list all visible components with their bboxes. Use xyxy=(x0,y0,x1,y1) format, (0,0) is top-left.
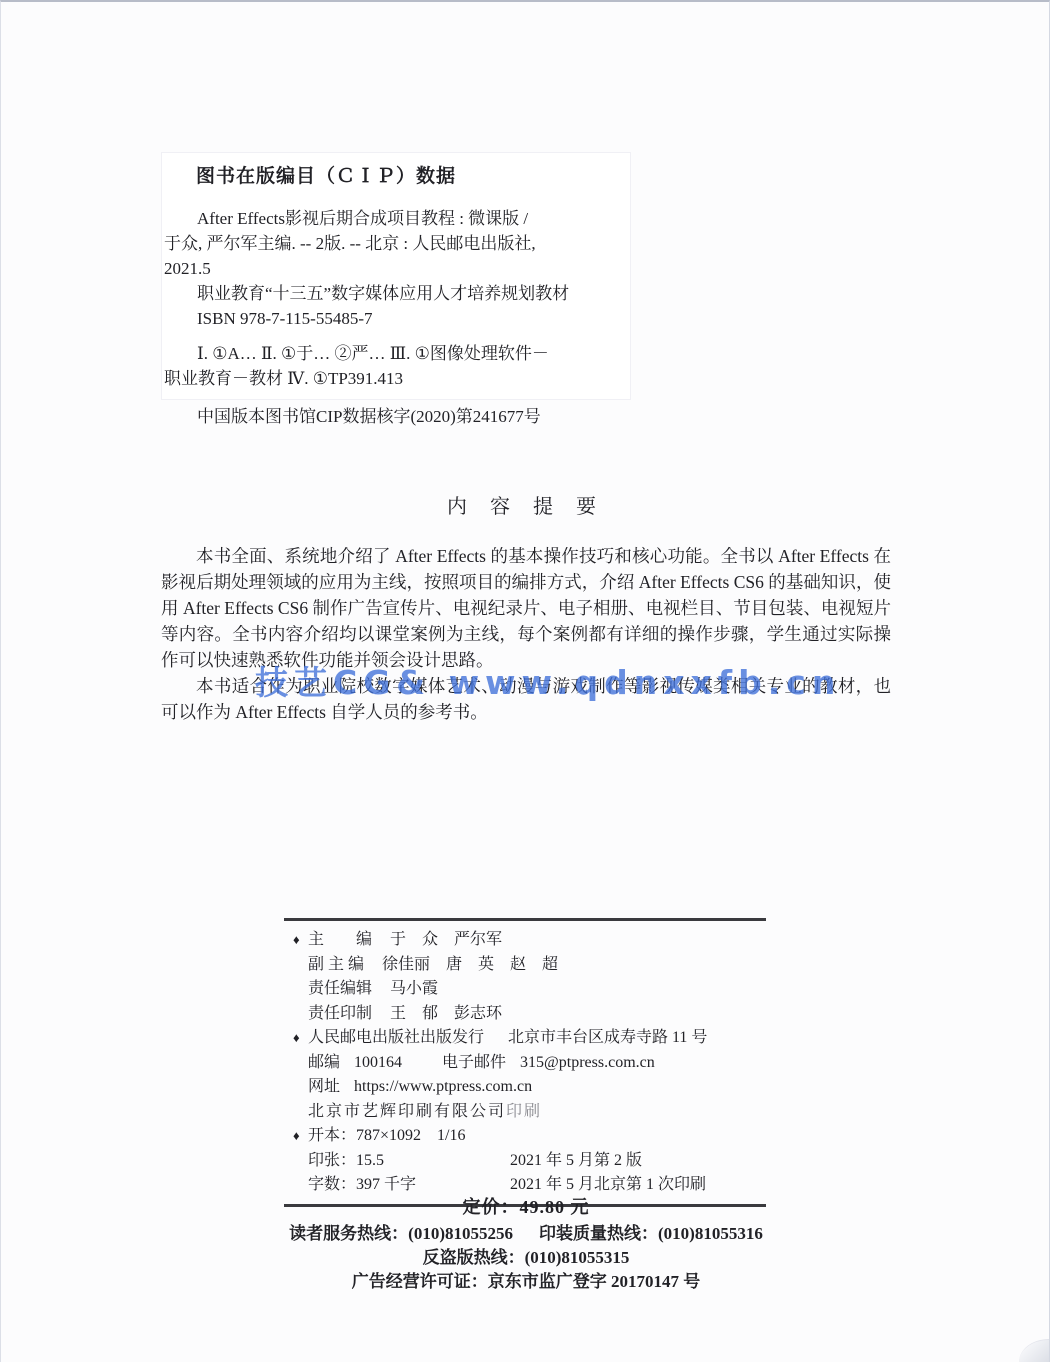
page-curl-artifact xyxy=(1019,1339,1049,1362)
staff-label: 责任编辑 xyxy=(308,977,372,1002)
cip-heading: 图书在版编目（ＣＩＰ）数据 xyxy=(196,161,620,188)
summary-paragraph-2: 本书适合作为职业院校数字媒体艺术、动漫与游戏制作等影视传媒类相关专业的教材，也可… xyxy=(161,673,891,725)
staff-names: 于 众 严尔军 xyxy=(390,928,502,953)
cip-line-classification-2: 职业教育－教材 Ⅳ. ①TP391.413 xyxy=(164,366,620,391)
cip-data-box: 图书在版编目（ＣＩＰ）数据 After Effects影视后期合成项目教程 : … xyxy=(161,152,631,400)
staff-label: 责任印制 xyxy=(308,1002,372,1027)
printer-suffix: 印刷 xyxy=(506,1100,542,1125)
email-address: 315@ptpress.com.cn xyxy=(520,1051,655,1076)
cip-line-authors: 于众, 严尔军主编. -- 2版. -- 北京 : 人民邮电出版社, xyxy=(164,231,620,256)
printer-row: 北京市艺辉印刷有限公司 印刷 xyxy=(284,1100,766,1125)
cip-line-isbn: ISBN 978-7-115-55485-7 xyxy=(164,306,620,331)
staff-names: 徐佳丽 唐 英 赵 超 xyxy=(382,953,558,978)
format-row: ♦ 开本：787×1092 1/16 xyxy=(284,1124,766,1149)
format-value: 开本：787×1092 1/16 xyxy=(308,1124,465,1149)
staff-row-print-supervisor: 责任印制 王 郁 彭志环 xyxy=(284,1002,766,1027)
website-row: 网址 https://www.ptpress.com.cn xyxy=(284,1075,766,1100)
diamond-bullet-icon: ♦ xyxy=(284,928,308,953)
staff-row-deputy-editor: 副 主 编 徐佳丽 唐 英 赵 超 xyxy=(284,953,766,978)
printer-name: 北京市艺辉印刷有限公司 xyxy=(308,1100,506,1125)
reader-hotline: 读者服务热线：(010)81055256 xyxy=(289,1224,513,1243)
cip-line-year: 2021.5 xyxy=(164,256,620,281)
summary-title: 内 容 提 要 xyxy=(1,490,1050,519)
print-quality-hotline: 印装质量热线：(010)81055316 xyxy=(539,1224,763,1243)
publisher-row: ♦ 人民邮电出版社出版发行 北京市丰台区成寿寺路 11 号 xyxy=(284,1026,766,1051)
anti-piracy-hotline: 反盗版热线：(010)81055315 xyxy=(1,1243,1050,1268)
email-label: 电子邮件 xyxy=(442,1051,506,1076)
sheets-value: 印张：15.5 xyxy=(308,1149,510,1174)
edition-value: 2021 年 5 月第 2 版 xyxy=(510,1149,642,1174)
summary-body: 本书全面、系统地介绍了 After Effects 的基本操作技巧和核心功能。全… xyxy=(161,543,891,725)
website-label: 网址 xyxy=(308,1075,340,1100)
staff-row-chief-editor: ♦ 主 编 于 众 严尔军 xyxy=(284,928,766,953)
sheets-row: 印张：15.5 2021 年 5 月第 2 版 xyxy=(284,1149,766,1174)
staff-label: 副 主 编 xyxy=(308,953,364,978)
publisher-address: 北京市丰台区成寿寺路 11 号 xyxy=(508,1026,707,1051)
ad-license-line: 广告经营许可证：京东市监广登字 20170147 号 xyxy=(1,1267,1050,1292)
postal-label: 邮编 xyxy=(308,1051,340,1076)
cip-line-series: 职业教育“十三五”数字媒体应用人才培养规划教材 xyxy=(164,281,620,306)
diamond-bullet-icon: ♦ xyxy=(284,1124,308,1149)
diamond-bullet-icon: ♦ xyxy=(284,1026,308,1051)
cip-line-registry: 中国版本图书馆CIP数据核字(2020)第241677号 xyxy=(164,404,620,429)
price-line: 定价：49.80 元 xyxy=(1,1193,1050,1219)
cip-line-classification-1: Ⅰ. ①A… Ⅱ. ①于… ②严… Ⅲ. ①图像处理软件－ xyxy=(164,341,620,366)
staff-names: 马小霞 xyxy=(390,977,438,1002)
postal-code: 100164 xyxy=(354,1051,402,1076)
postal-email-row: 邮编 100164 电子邮件 315@ptpress.com.cn xyxy=(284,1051,766,1076)
staff-names: 王 郁 彭志环 xyxy=(390,1002,502,1027)
website-url: https://www.ptpress.com.cn xyxy=(354,1075,532,1100)
colophon-block: ♦ 主 编 于 众 严尔军 副 主 编 徐佳丽 唐 英 赵 超 责任编辑 马小霞… xyxy=(284,918,766,1207)
staff-label: 主 编 xyxy=(308,928,372,953)
cip-line-title: After Effects影视后期合成项目教程 : 微课版 / xyxy=(164,206,620,231)
staff-row-responsible-editor: 责任编辑 马小霞 xyxy=(284,977,766,1002)
publisher-name: 人民邮电出版社出版发行 xyxy=(308,1026,484,1051)
hotline-row-1: 读者服务热线：(010)81055256印装质量热线：(010)81055316 xyxy=(1,1219,1050,1244)
summary-paragraph-1: 本书全面、系统地介绍了 After Effects 的基本操作技巧和核心功能。全… xyxy=(161,543,891,673)
book-copyright-page: 图书在版编目（ＣＩＰ）数据 After Effects影视后期合成项目教程 : … xyxy=(0,0,1050,1362)
